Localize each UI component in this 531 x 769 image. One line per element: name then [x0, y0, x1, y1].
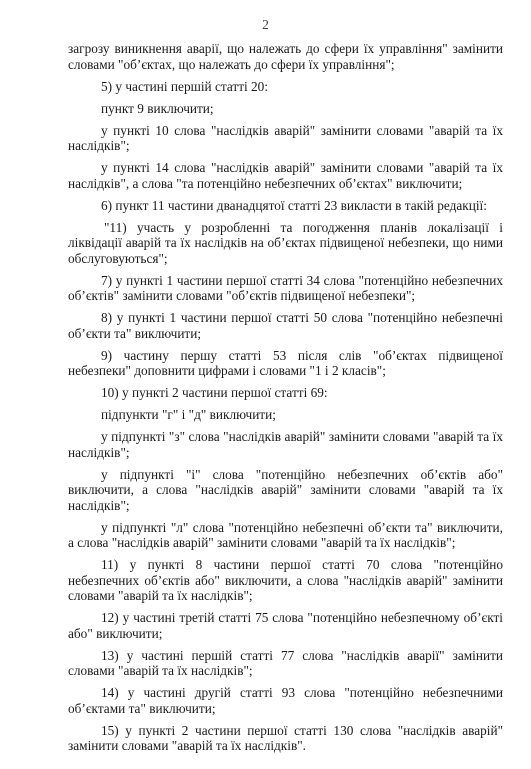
paragraph-item-7: 7) у пункті 1 частини першої статті 34 с…	[68, 273, 503, 304]
paragraph: у підпункті "і" слова "потенційно небезп…	[68, 467, 503, 514]
paragraph: у підпункті "л" слова "потенційно небезп…	[68, 520, 503, 551]
paragraph-item-5: 5) у частині першій статті 20:	[68, 79, 503, 95]
document-page: 2 загрозу виникнення аварії, що належать…	[0, 0, 531, 769]
paragraph: у пункті 10 слова "наслідків аварій" зам…	[68, 123, 503, 154]
paragraph: пункт 9 виключити;	[68, 101, 503, 117]
paragraph-item-6: 6) пункт 11 частини дванадцятої статті 2…	[68, 198, 503, 214]
paragraph: у пункті 14 слова "наслідків аварій" зам…	[68, 160, 503, 191]
page-number: 2	[0, 17, 531, 33]
paragraph-item-13: 13) у частині першій статті 77 слова "на…	[68, 648, 503, 679]
paragraph-quoted: "11) участь у розробленні та погодження …	[68, 220, 503, 267]
paragraph: у підпункті "з" слова "наслідків аварій"…	[68, 429, 503, 460]
paragraph-item-8: 8) у пункті 1 частини першої статті 50 с…	[68, 310, 503, 341]
paragraph: підпункти "г" і "д" виключити;	[68, 407, 503, 423]
paragraph-item-12: 12) у частині третій статті 75 слова "по…	[68, 610, 503, 641]
paragraph-item-10: 10) у пункті 2 частини першої статті 69:	[68, 385, 503, 401]
paragraph-item-15: 15) у пункті 2 частини першої статті 130…	[68, 723, 503, 754]
paragraph-item-9: 9) частину першу статті 53 після слів "о…	[68, 348, 503, 379]
document-body: загрозу виникнення аварії, що належать д…	[68, 41, 503, 760]
paragraph-item-11: 11) у пункті 8 частини першої статті 70 …	[68, 557, 503, 604]
paragraph-item-14: 14) у частині другій статті 93 слова "по…	[68, 685, 503, 716]
paragraph-continuation: загрозу виникнення аварії, що належать д…	[68, 41, 503, 72]
